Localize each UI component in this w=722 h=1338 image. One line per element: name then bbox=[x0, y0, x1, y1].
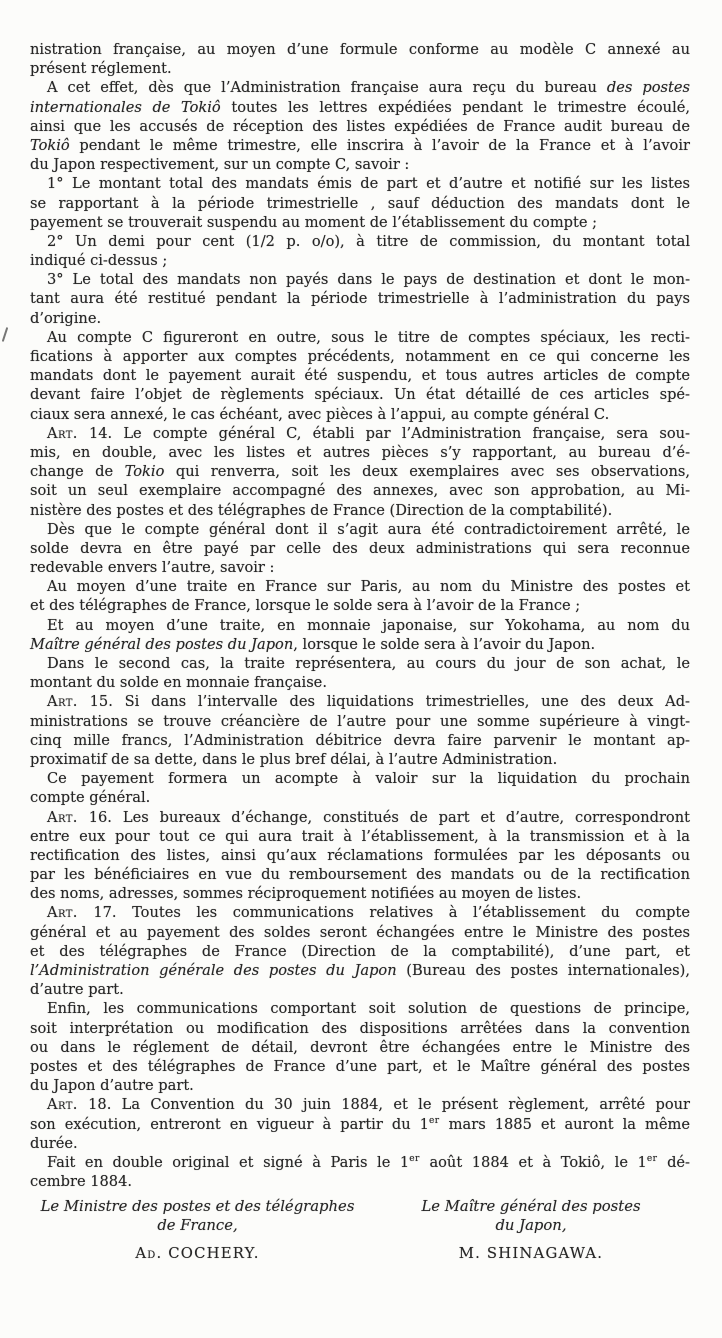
text-line: mandats dont le payement aurait été susp… bbox=[30, 366, 690, 385]
text-run: Tokiô bbox=[30, 137, 70, 154]
text-line: Tokiô pendant le même trimestre, elle in… bbox=[30, 136, 690, 155]
text-line: Dès que le compte général dont il s’agit… bbox=[30, 520, 690, 539]
text-line: Art. 14. Le compte général C, établi par… bbox=[30, 424, 690, 443]
text-run: postes et des télégraphes de France d’un… bbox=[30, 1058, 690, 1075]
text-run: et des télégraphes de France, lorsque le… bbox=[30, 597, 580, 614]
text-run: août 1884 et à Tokiô, le 1 bbox=[420, 1154, 647, 1171]
text-run: Dans le second cas, la traite représente… bbox=[47, 655, 690, 672]
text-line: entre eux pour tout ce qui aura trait à … bbox=[30, 827, 690, 846]
text-run: Dès que le compte général dont il s’agit… bbox=[47, 521, 690, 538]
paragraph: Et au moyen d’une traite, en monnaie jap… bbox=[30, 616, 690, 654]
text-run: Au compte C figureront en outre, sous le… bbox=[47, 329, 690, 346]
text-line: par les bénéficiaires en vue du rembours… bbox=[30, 865, 690, 884]
text-run: Enfin, les communications comportant soi… bbox=[47, 1000, 690, 1017]
paragraph: nistration française, au moyen d’une for… bbox=[30, 40, 690, 78]
text-run: er bbox=[647, 1154, 658, 1164]
text-line: ainsi que les accusés de réception des l… bbox=[30, 117, 690, 136]
paragraph: Dans le second cas, la traite représente… bbox=[30, 654, 690, 692]
paragraph: Au moyen d’une traite en France sur Pari… bbox=[30, 577, 690, 615]
text-run: , lorsque le solde sera à l’avoir du Jap… bbox=[293, 636, 595, 653]
text-line: des noms, adresses, sommes réciproquemen… bbox=[30, 884, 690, 903]
text-run: mis, en double, avec les listes et autre… bbox=[30, 444, 690, 461]
text-line: fications à apporter aux comptes précéde… bbox=[30, 347, 690, 366]
text-run: Art. bbox=[47, 425, 78, 442]
text-line: cembre 1884. bbox=[30, 1172, 690, 1191]
text-run: pendant le même trimestre, elle inscrira… bbox=[70, 137, 690, 154]
text-run: fications à apporter aux comptes précéde… bbox=[30, 348, 690, 365]
text-run: qui renverra, soit les deux exemplaires … bbox=[164, 463, 690, 480]
paragraph: A cet effet, dès que l’Administration fr… bbox=[30, 78, 690, 174]
text-run: internationales de Tokiô bbox=[30, 99, 221, 116]
text-line: compte général. bbox=[30, 788, 690, 807]
text-line: A cet effet, dès que l’Administration fr… bbox=[30, 78, 690, 97]
text-run: Art. bbox=[47, 693, 78, 710]
text-run: l’Administration générale des postes du … bbox=[30, 962, 397, 979]
text-run: 1° Le montant total des mandats émis de … bbox=[47, 175, 690, 192]
paragraph: Art. 18. La Convention du 30 juin 1884, … bbox=[30, 1095, 690, 1153]
paragraph: Enfin, les communications comportant soi… bbox=[30, 999, 690, 1095]
text-line: 2° Un demi pour cent (1/2 p. o/o), à tit… bbox=[30, 232, 690, 251]
text-run: indiqué ci-dessus ; bbox=[30, 252, 167, 269]
text-run: son exécution, entreront en vigueur à pa… bbox=[30, 1116, 429, 1133]
paragraph: 2° Un demi pour cent (1/2 p. o/o), à tit… bbox=[30, 232, 690, 270]
text-line: se rapportant à la période trimestrielle… bbox=[30, 194, 690, 213]
text-run: Tokio bbox=[125, 463, 165, 480]
text-run: général et au payement des soldes seront… bbox=[30, 924, 690, 941]
text-run: cembre 1884. bbox=[30, 1173, 132, 1190]
text-run: des noms, adresses, sommes réciproquemen… bbox=[30, 885, 581, 902]
text-run: mandats dont le payement aurait été susp… bbox=[30, 367, 690, 384]
text-line: et des télégraphes de France (Direction … bbox=[30, 942, 690, 961]
text-line: et des télégraphes de France, lorsque le… bbox=[30, 596, 690, 615]
text-run: Ce payement formera un acompte à valoir … bbox=[47, 770, 690, 787]
text-line: devant faire l’objet de règlements spéci… bbox=[30, 385, 690, 404]
signatory-role-line: du Japon, bbox=[372, 1217, 690, 1236]
text-line: l’Administration générale des postes du … bbox=[30, 961, 690, 980]
text-run: Art. bbox=[47, 904, 78, 921]
text-run: présent réglement. bbox=[30, 60, 172, 77]
text-line: internationales de Tokiô toutes les lett… bbox=[30, 98, 690, 117]
paragraph: Au compte C figureront en outre, sous le… bbox=[30, 328, 690, 424]
text-line: soit interprétation ou modification des … bbox=[30, 1019, 690, 1038]
text-run: proximatif de sa dette, dans le plus bre… bbox=[30, 751, 557, 768]
text-line: 3° Le total des mandats non payés dans l… bbox=[30, 270, 690, 289]
text-run: 18. La Convention du 30 juin 1884, et le… bbox=[78, 1096, 690, 1113]
text-run: 17. Toutes les communications relatives … bbox=[78, 904, 690, 921]
text-line: payement se trouverait suspendu au momen… bbox=[30, 213, 690, 232]
paragraph: 1° Le montant total des mandats émis de … bbox=[30, 174, 690, 232]
text-run: 3° Le total des mandats non payés dans l… bbox=[47, 271, 690, 288]
paragraph: Fait en double original et signé à Paris… bbox=[30, 1153, 690, 1191]
text-line: du Japon d’autre part. bbox=[30, 1076, 690, 1095]
text-run: Maître général des postes du Japon bbox=[30, 636, 293, 653]
text-line: tant aura été restitué pendant la périod… bbox=[30, 289, 690, 308]
text-run: cinq mille francs, l’Administration débi… bbox=[30, 732, 690, 749]
text-run: nistration française, au moyen d’une for… bbox=[30, 41, 690, 58]
signature-right: Le Maître général des postes du Japon, M… bbox=[372, 1198, 690, 1262]
text-line: solde devra en être payé par celle des d… bbox=[30, 539, 690, 558]
text-run: entre eux pour tout ce qui aura trait à … bbox=[30, 828, 690, 845]
text-run: er bbox=[429, 1116, 440, 1126]
text-line: d’autre part. bbox=[30, 980, 690, 999]
paragraph: 3° Le total des mandats non payés dans l… bbox=[30, 270, 690, 328]
text-line: proximatif de sa dette, dans le plus bre… bbox=[30, 750, 690, 769]
text-line: Fait en double original et signé à Paris… bbox=[30, 1153, 690, 1172]
paragraph: Ce payement formera un acompte à valoir … bbox=[30, 769, 690, 807]
text-line: Ce payement formera un acompte à valoir … bbox=[30, 769, 690, 788]
text-line: Dans le second cas, la traite représente… bbox=[30, 654, 690, 673]
text-line: postes et des télégraphes de France d’un… bbox=[30, 1057, 690, 1076]
text-run: par les bénéficiaires en vue du rembours… bbox=[30, 866, 690, 883]
signatory-role-line: Le Maître général des postes bbox=[372, 1198, 690, 1217]
text-run: tant aura été restitué pendant la périod… bbox=[30, 290, 690, 307]
text-run: Art. bbox=[47, 809, 78, 826]
signatory-role-line: Le Ministre des postes et des télégraphe… bbox=[30, 1198, 365, 1217]
text-run: 15. Si dans l’intervalle des liquidation… bbox=[78, 693, 690, 710]
text-run: et des télégraphes de France (Direction … bbox=[30, 943, 690, 960]
text-run: Art. bbox=[47, 1096, 78, 1113]
text-line: mis, en double, avec les listes et autre… bbox=[30, 443, 690, 462]
text-run: du Japon d’autre part. bbox=[30, 1077, 194, 1094]
paragraph: Art. 14. Le compte général C, établi par… bbox=[30, 424, 690, 520]
text-run: 14. Le compte général C, établi par l’Ad… bbox=[78, 425, 690, 442]
text-run: d’origine. bbox=[30, 310, 101, 327]
text-run: mars 1885 et auront la même bbox=[440, 1116, 690, 1133]
text-run: ciaux sera annexé, le cas échéant, avec … bbox=[30, 406, 609, 423]
text-line: montant du solde en monnaie française. bbox=[30, 673, 690, 692]
signature-block: Le Ministre des postes et des télégraphe… bbox=[30, 1198, 690, 1262]
text-run: nistère des postes et des télégraphes de… bbox=[30, 502, 612, 519]
text-run: toutes les lettres expédiées pendant le … bbox=[221, 99, 690, 116]
text-line: Art. 15. Si dans l’intervalle des liquid… bbox=[30, 692, 690, 711]
paragraph: Dès que le compte général dont il s’agit… bbox=[30, 520, 690, 578]
text-run: 2° Un demi pour cent (1/2 p. o/o), à tit… bbox=[47, 233, 690, 250]
text-run: rectification des listes, ainsi qu’aux r… bbox=[30, 847, 690, 864]
text-run: devant faire l’objet de règlements spéci… bbox=[30, 386, 690, 403]
text-run: des postes bbox=[607, 79, 690, 96]
text-line: rectification des listes, ainsi qu’aux r… bbox=[30, 846, 690, 865]
text-run: durée. bbox=[30, 1135, 78, 1152]
text-line: change de Tokio qui renverra, soit les d… bbox=[30, 462, 690, 481]
text-run: ou dans le réglement de détail, devront … bbox=[30, 1039, 690, 1056]
signatory-name: M. SHINAGAWA. bbox=[372, 1245, 690, 1262]
text-line: indiqué ci-dessus ; bbox=[30, 251, 690, 270]
text-run: ministrations se trouve créancière de l’… bbox=[30, 713, 690, 730]
text-run: er bbox=[409, 1154, 420, 1164]
text-line: 1° Le montant total des mandats émis de … bbox=[30, 174, 690, 193]
text-line: son exécution, entreront en vigueur à pa… bbox=[30, 1115, 690, 1134]
signatory-role-line: de France, bbox=[30, 1217, 365, 1236]
paragraph: Art. 17. Toutes les communications relat… bbox=[30, 903, 690, 999]
text-line: Enfin, les communications comportant soi… bbox=[30, 999, 690, 1018]
text-line: nistère des postes et des télégraphes de… bbox=[30, 501, 690, 520]
text-line: ou dans le réglement de détail, devront … bbox=[30, 1038, 690, 1057]
text-run: (Bureau des postes internationales), bbox=[397, 962, 690, 979]
text-run: soit interprétation ou modification des … bbox=[30, 1020, 690, 1037]
signatory-name: Ad. COCHERY. bbox=[30, 1245, 365, 1262]
text-run: redevable envers l’autre, savoir : bbox=[30, 559, 274, 576]
text-line: Art. 17. Toutes les communications relat… bbox=[30, 903, 690, 922]
text-line: Art. 18. La Convention du 30 juin 1884, … bbox=[30, 1095, 690, 1114]
text-line: redevable envers l’autre, savoir : bbox=[30, 558, 690, 577]
text-run: se rapportant à la période trimestrielle… bbox=[30, 195, 690, 212]
text-run: ainsi que les accusés de réception des l… bbox=[30, 118, 690, 135]
document-body: nistration française, au moyen d’une for… bbox=[30, 40, 690, 1191]
text-run: compte général. bbox=[30, 789, 150, 806]
text-run: Et au moyen d’une traite, en monnaie jap… bbox=[47, 617, 690, 634]
text-line: ciaux sera annexé, le cas échéant, avec … bbox=[30, 405, 690, 424]
text-line: du Japon respectivement, sur un compte C… bbox=[30, 155, 690, 174]
text-line: soit un seul exemplaire accompagné des a… bbox=[30, 481, 690, 500]
text-run: change de bbox=[30, 463, 125, 480]
text-run: dé- bbox=[658, 1154, 690, 1171]
text-run: 16. Les bureaux d’échange, constitués de… bbox=[78, 809, 690, 826]
text-line: présent réglement. bbox=[30, 59, 690, 78]
text-run: du Japon respectivement, sur un compte C… bbox=[30, 156, 409, 173]
scanned-page: nistration française, au moyen d’une for… bbox=[0, 0, 722, 1338]
text-run: A cet effet, dès que l’Administration fr… bbox=[47, 79, 607, 96]
text-line: durée. bbox=[30, 1134, 690, 1153]
text-line: Art. 16. Les bureaux d’échange, constitu… bbox=[30, 808, 690, 827]
text-line: Et au moyen d’une traite, en monnaie jap… bbox=[30, 616, 690, 635]
text-line: Maître général des postes du Japon, lors… bbox=[30, 635, 690, 654]
text-line: ministrations se trouve créancière de l’… bbox=[30, 712, 690, 731]
text-line: Au moyen d’une traite en France sur Pari… bbox=[30, 577, 690, 596]
text-line: nistration française, au moyen d’une for… bbox=[30, 40, 690, 59]
text-line: général et au payement des soldes seront… bbox=[30, 923, 690, 942]
paragraph: Art. 15. Si dans l’intervalle des liquid… bbox=[30, 692, 690, 769]
ink-stray-mark bbox=[2, 327, 9, 342]
paragraph: Art. 16. Les bureaux d’échange, constitu… bbox=[30, 808, 690, 904]
signature-left: Le Ministre des postes et des télégraphe… bbox=[30, 1198, 365, 1262]
text-run: Fait en double original et signé à Paris… bbox=[47, 1154, 409, 1171]
text-line: cinq mille francs, l’Administration débi… bbox=[30, 731, 690, 750]
text-run: solde devra en être payé par celle des d… bbox=[30, 540, 690, 557]
text-run: soit un seul exemplaire accompagné des a… bbox=[30, 482, 690, 499]
text-run: payement se trouverait suspendu au momen… bbox=[30, 214, 597, 231]
text-line: Au compte C figureront en outre, sous le… bbox=[30, 328, 690, 347]
text-line: d’origine. bbox=[30, 309, 690, 328]
text-run: Au moyen d’une traite en France sur Pari… bbox=[47, 578, 690, 595]
text-run: montant du solde en monnaie française. bbox=[30, 674, 327, 691]
text-run: d’autre part. bbox=[30, 981, 124, 998]
